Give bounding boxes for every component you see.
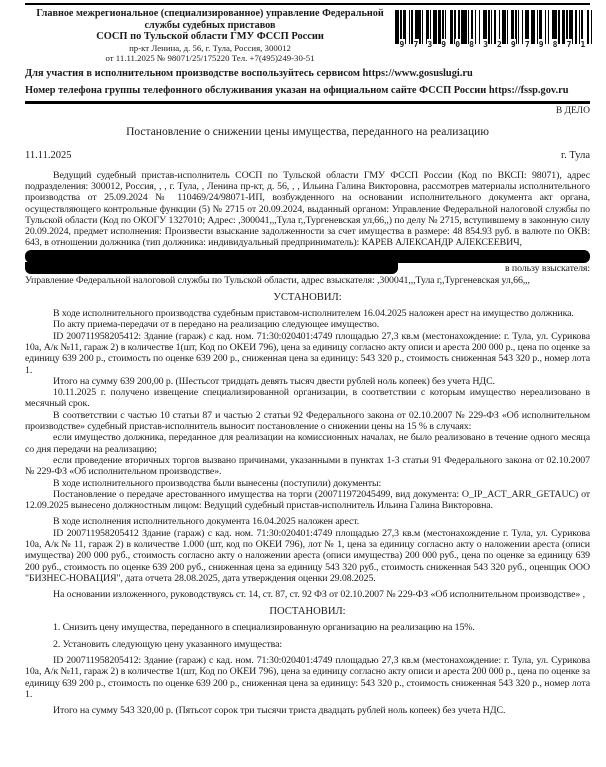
barcode: 97390832979871 xyxy=(395,10,590,50)
paragraph: В ходе исполнения исполнительного докуме… xyxy=(25,516,590,527)
paragraph: По акту приема-передачи от в передано на… xyxy=(25,319,590,330)
ustanovil-paragraphs: В ходе исполнительного производства суде… xyxy=(25,308,590,600)
barcode-digit: 9 xyxy=(510,39,516,50)
intro-paragraph: Ведущий судебный пристав-исполнитель СОС… xyxy=(25,170,590,249)
doc-body: Ведущий судебный пристав-исполнитель СОС… xyxy=(25,170,590,717)
paragraph: Итого на сумму 639 200,00 р. (Шестьсот т… xyxy=(25,376,590,387)
barcode-digit: 7 xyxy=(524,39,530,50)
paragraph: Итого на сумму 543 320,00 р. (Пятьсот со… xyxy=(25,705,590,716)
barcode-digit: 3 xyxy=(483,39,489,50)
intro-continuation: Управление Федеральной налоговой службы … xyxy=(25,275,590,286)
date-row: 11.11.2025 г. Тула xyxy=(25,150,590,162)
document-page: Главное межрегиональное (специализирован… xyxy=(0,3,606,717)
redaction-row: в пользу взыскателя: xyxy=(25,262,590,275)
barcode-digit: 3 xyxy=(427,39,433,50)
barcode-digit: 2 xyxy=(496,39,502,50)
barcode-digit: 8 xyxy=(552,39,558,50)
barcode-digit: 1 xyxy=(580,39,586,50)
org-block: Главное межрегиональное (специализирован… xyxy=(25,8,395,63)
doc-ref-line: от 11.11.2025 № 98071/25/175220 Тел. +7(… xyxy=(25,53,395,63)
paragraph: если проведение вторичных торгов вызвано… xyxy=(25,455,590,478)
org-address: пр-кт Ленина, д. 56, г. Тула, Россия, 30… xyxy=(25,43,395,53)
paragraph: ID 200711958205412 Здание (гараж) с кад.… xyxy=(25,528,590,584)
gosuslugi-banner: Для участия в исполнительном производств… xyxy=(25,68,590,80)
barcode-digit: 7 xyxy=(413,39,419,50)
doc-city: г. Тула xyxy=(561,150,590,162)
postanovil-paragraphs: 1. Снизить цену имущества, переданного в… xyxy=(25,622,590,716)
paragraph: 1. Снизить цену имущества, переданного в… xyxy=(25,622,590,633)
in-favor-label: в пользу взыскателя: xyxy=(505,263,590,274)
letterhead: Главное межрегиональное (специализирован… xyxy=(25,8,590,63)
doc-title: Постановление о снижении цены имущества,… xyxy=(25,126,590,139)
paragraph: 10.11.2025 г. получено извещение специал… xyxy=(25,387,590,410)
barcode-digit: 9 xyxy=(399,39,405,50)
barcode-digit: 7 xyxy=(566,39,572,50)
paragraph: В ходе исполнительного производства суде… xyxy=(25,308,590,319)
top-rule xyxy=(25,3,590,5)
doc-date: 11.11.2025 xyxy=(25,150,71,162)
paragraph: ID 200711958205412: Здание (гараж) с кад… xyxy=(25,331,590,376)
barcode-digit: 9 xyxy=(441,39,447,50)
paragraph: если имущество должника, переданное для … xyxy=(25,432,590,455)
section-postanovil: ПОСТАНОВИЛ: xyxy=(25,606,590,618)
case-note: В ДЕЛО xyxy=(25,106,590,117)
paragraph: Постановление о передаче арестованного и… xyxy=(25,489,590,512)
org-name: Главное межрегиональное (специализирован… xyxy=(25,8,395,31)
phone-info-banner: Номер телефона группы телефонного обслуж… xyxy=(25,85,590,97)
paragraph: ID 200711958205412: Здание (гараж) с кад… xyxy=(25,655,590,700)
barcode-digit: 9 xyxy=(538,39,544,50)
paragraph: На основании изложенного, руководствуясь… xyxy=(25,589,590,600)
paragraph: В соответствии с частью 10 статьи 87 и ч… xyxy=(25,410,590,433)
paragraph: 2. Установить следующую цену указанного … xyxy=(25,639,590,650)
barcode-digits: 97390832979871 xyxy=(399,39,586,50)
redaction-bar-2 xyxy=(25,262,398,274)
org-unit: СОСП по Тульской области ГМУ ФССП России xyxy=(25,31,395,43)
header-rule xyxy=(25,101,590,104)
paragraph: В ходе исполнительного производства были… xyxy=(25,478,590,489)
barcode-digit: 0 xyxy=(455,39,461,50)
barcode-digit: 8 xyxy=(469,39,475,50)
section-ustanovil: УСТАНОВИЛ: xyxy=(25,292,590,304)
